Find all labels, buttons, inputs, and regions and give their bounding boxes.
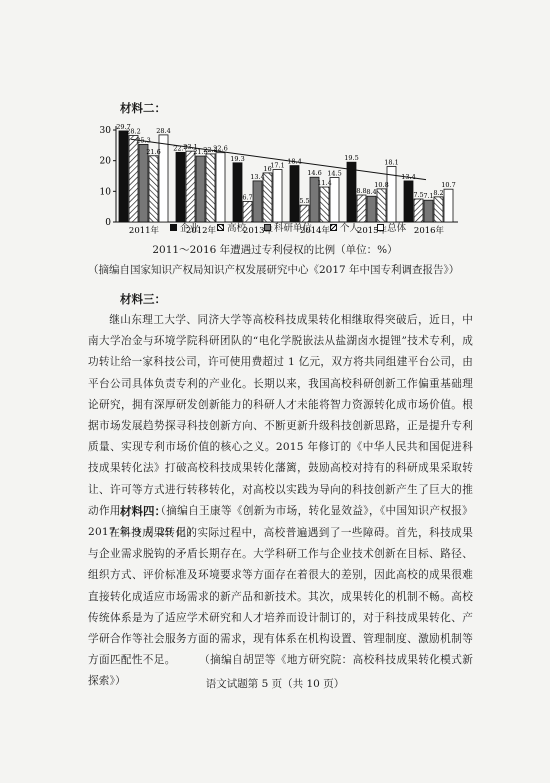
material4-body: 在科技成果转化的实际过程中，高校普遍遇到了一些障碍。首先，科技成果与企业需求脱钩…: [88, 523, 473, 693]
svg-text:10: 10: [100, 187, 111, 197]
svg-text:6.7: 6.7: [242, 193, 252, 201]
page-footer: 语文试题第 5 页（共 10 页）: [0, 676, 550, 691]
solid-swatch-icon: [170, 224, 177, 231]
svg-text:11.4: 11.4: [317, 179, 331, 187]
svg-text:2016年: 2016年: [414, 225, 445, 236]
material2-label: 材料二：: [120, 100, 166, 116]
material4-text: 在科技成果转化的实际过程中，高校普遍遇到了一些障碍。首先，科技成果与企业需求脱钩…: [88, 527, 473, 666]
svg-text:2011年: 2011年: [129, 225, 160, 236]
svg-text:8.4: 8.4: [366, 188, 376, 196]
gray-swatch-icon: [264, 224, 271, 231]
svg-text:0: 0: [105, 218, 111, 228]
legend-item-enterprise: 企业: [170, 220, 199, 234]
svg-text:7.5: 7.5: [413, 191, 423, 199]
hatched-swatch-icon: [217, 224, 224, 231]
legend-label: 总体: [387, 220, 406, 234]
legend-label: 个人: [340, 220, 359, 234]
legend-item-individual: 个人: [330, 220, 359, 234]
svg-text:21.6: 21.6: [146, 148, 160, 156]
svg-text:19.3: 19.3: [230, 155, 244, 163]
svg-text:8.8: 8.8: [356, 187, 366, 195]
legend-label: 科研单位: [274, 220, 312, 234]
material4-label: 材料四：: [120, 503, 166, 519]
svg-text:14.6: 14.6: [307, 169, 321, 177]
svg-text:28.2: 28.2: [126, 128, 140, 136]
svg-text:7.1: 7.1: [423, 192, 433, 200]
white-swatch-icon: [377, 224, 384, 231]
svg-text:10.8: 10.8: [374, 181, 388, 189]
svg-text:10.7: 10.7: [441, 181, 455, 189]
svg-text:8.2: 8.2: [433, 189, 443, 197]
legend-item-university: 高校: [217, 220, 246, 234]
svg-text:14.5: 14.5: [327, 170, 341, 178]
svg-text:5.5: 5.5: [299, 197, 309, 205]
legend-item-research-unit: 科研单位: [264, 220, 312, 234]
chart-source: （摘编自国家知识产权局知识产权发展研究中心《2017 年中国专利调查报告》）: [88, 262, 459, 277]
svg-text:13.4: 13.4: [250, 173, 264, 181]
material3-label: 材料三：: [120, 291, 166, 307]
hatched-swatch-icon: [330, 224, 337, 231]
legend-item-overall: 总体: [377, 220, 406, 234]
svg-text:28.4: 28.4: [156, 127, 170, 135]
material3-text: 继山东理工大学、同济大学等高校科技成果转化相继取得突破后，近日，中南大学冶金与环…: [88, 314, 473, 517]
legend-label: 高校: [227, 220, 246, 234]
chart-legend: 企业 高校 科研单位 个人 总体: [170, 220, 406, 234]
legend-label: 企业: [180, 220, 199, 234]
svg-text:17.1: 17.1: [270, 162, 284, 170]
svg-text:18.1: 18.1: [384, 158, 398, 166]
svg-text:19.5: 19.5: [344, 154, 358, 162]
chart-caption: 2011～2016 年遭遇过专利侵权的比例（单位：%）: [0, 242, 550, 257]
exam-page: 材料二： 0102030 29.728.225.321.628.422.723.…: [0, 0, 550, 783]
svg-text:30: 30: [100, 126, 111, 136]
svg-text:20: 20: [100, 157, 111, 167]
